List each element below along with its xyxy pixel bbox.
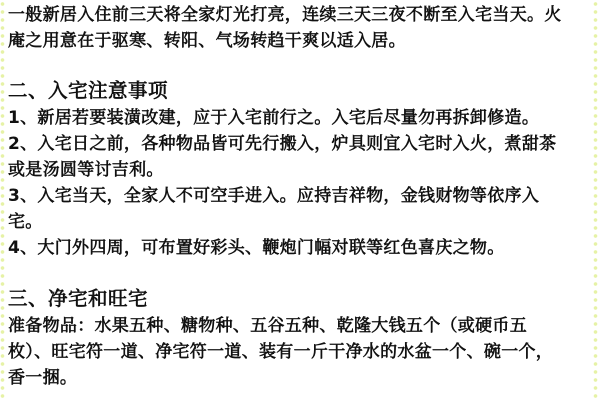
decorative-border-left — [0, 0, 5, 400]
paragraph-line: 准备物品：水果五种、糖物种、五谷五种、乾隆大钱五个（或硬币五 — [8, 313, 592, 339]
paragraph-line: 枚）、旺宅符一道、净宅符一道、装有一斤干净水的水盆一个、碗一个， — [8, 339, 592, 365]
list-item-line: 1、新居若要装潢改建，应于入宅前行之。入宅后尽量勿再拆卸修造。 — [8, 105, 592, 131]
list-item-line: 3、入宅当天，全家人不可空手进入。应持吉祥物，金钱财物等依序入 — [8, 183, 592, 209]
intro-line: 庵之用意在于驱寒、转阳、气场转趋干爽以适入居。 — [8, 28, 592, 54]
section-moving-in-notes: 二、入宅注意事项 1、新居若要装潢改建，应于入宅前行之。入宅后尽量勿再拆卸修造。… — [8, 77, 592, 261]
section-purify-house: 三、净宅和旺宅 准备物品：水果五种、糖物种、五谷五种、乾隆大钱五个（或硬币五 枚… — [8, 285, 592, 391]
intro-paragraph: 一般新居入住前三天将全家灯光打亮，连续三天三夜不断至入宅当天。火 庵之用意在于驱… — [8, 2, 592, 54]
section-heading: 二、入宅注意事项 — [8, 77, 592, 105]
article-body: 一般新居入住前三天将全家灯光打亮，连续三天三夜不断至入宅当天。火 庵之用意在于驱… — [8, 2, 592, 391]
document-page: 一般新居入住前三天将全家灯光打亮，连续三天三夜不断至入宅当天。火 庵之用意在于驱… — [0, 0, 600, 400]
list-item-line: 4、大门外四周，可布置好彩头、鞭炮门幅对联等红色喜庆之物。 — [8, 235, 592, 261]
decorative-border-right — [593, 0, 598, 400]
section-heading: 三、净宅和旺宅 — [8, 285, 592, 313]
list-item-line: 宅。 — [8, 209, 592, 235]
intro-line: 一般新居入住前三天将全家灯光打亮，连续三天三夜不断至入宅当天。火 — [8, 2, 592, 28]
list-item-line: 2、入宅日之前，各种物品皆可先行搬入，炉具则宜入宅时入火，煮甜茶 — [8, 131, 592, 157]
list-item-line: 或是汤圆等讨吉利。 — [8, 157, 592, 183]
paragraph-line: 香一捆。 — [8, 365, 592, 391]
